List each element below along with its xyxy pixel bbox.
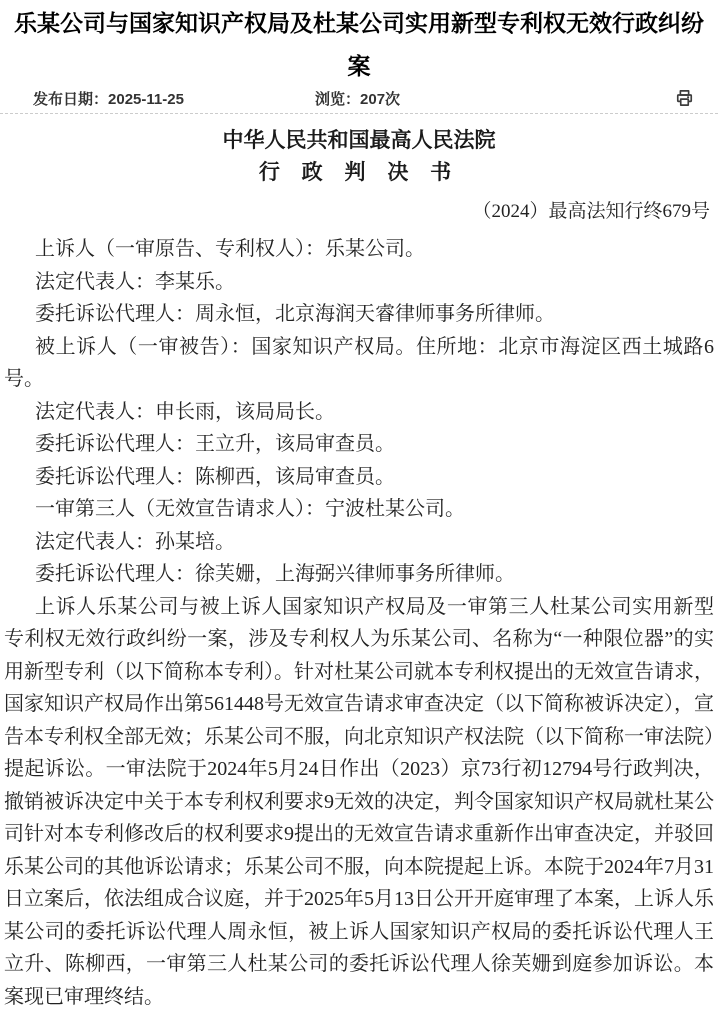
publish-date-label: 发布日期： bbox=[33, 91, 108, 108]
printer-icon[interactable] bbox=[675, 89, 694, 107]
view-count: 浏览：207次 bbox=[315, 88, 400, 109]
court-name: 中华人民共和国最高人民法院 bbox=[0, 126, 718, 156]
paragraph: 委托诉讼代理人：王立升，该局审查员。 bbox=[4, 428, 714, 461]
paragraph: 上诉人乐某公司与被上诉人国家知识产权局及一审第三人杜某公司实用新型专利权无效行政… bbox=[4, 591, 714, 1013]
paragraph: 委托诉讼代理人：周永恒，北京海润天睿律师事务所律师。 bbox=[4, 298, 714, 331]
paragraph: 被上诉人（一审被告）：国家知识产权局。住所地：北京市海淀区西土城路6号。 bbox=[4, 331, 714, 396]
judgment-page: 乐某公司与国家知识产权局及杜某公司实用新型专利权无效行政纠纷案 发布日期：202… bbox=[0, 0, 718, 1013]
page-title: 乐某公司与国家知识产权局及杜某公司实用新型专利权无效行政纠纷案 bbox=[0, 0, 718, 88]
paragraph: 法定代表人：孙某培。 bbox=[4, 526, 714, 559]
document-body: 上诉人（一审原告、专利权人）：乐某公司。法定代表人：李某乐。委托诉讼代理人：周永… bbox=[0, 233, 718, 1013]
paragraph: 法定代表人：李某乐。 bbox=[4, 266, 714, 299]
publish-date-value: 2025-11-25 bbox=[108, 91, 184, 108]
judgment-document: 中华人民共和国最高人民法院 行 政 判 决 书 （2024）最高法知行终679号… bbox=[0, 126, 718, 1013]
paragraph: 上诉人（一审原告、专利权人）：乐某公司。 bbox=[4, 233, 714, 266]
meta-bar: 发布日期：2025-11-25 浏览：207次 bbox=[0, 89, 718, 107]
paragraph: 委托诉讼代理人：陈柳西，该局审查员。 bbox=[4, 461, 714, 494]
paragraph: 委托诉讼代理人：徐芙姗，上海弼兴律师事务所律师。 bbox=[4, 558, 714, 591]
case-number: （2024）最高法知行终679号 bbox=[0, 198, 718, 226]
paragraph: 法定代表人：申长雨，该局局长。 bbox=[4, 396, 714, 429]
document-type: 行 政 判 决 书 bbox=[0, 156, 718, 189]
paragraph: 一审第三人（无效宣告请求人）：宁波杜某公司。 bbox=[4, 493, 714, 526]
publish-date: 发布日期：2025-11-25 bbox=[33, 88, 315, 109]
view-count-value: 207次 bbox=[360, 91, 400, 108]
view-count-label: 浏览： bbox=[315, 91, 360, 108]
divider bbox=[0, 113, 718, 114]
